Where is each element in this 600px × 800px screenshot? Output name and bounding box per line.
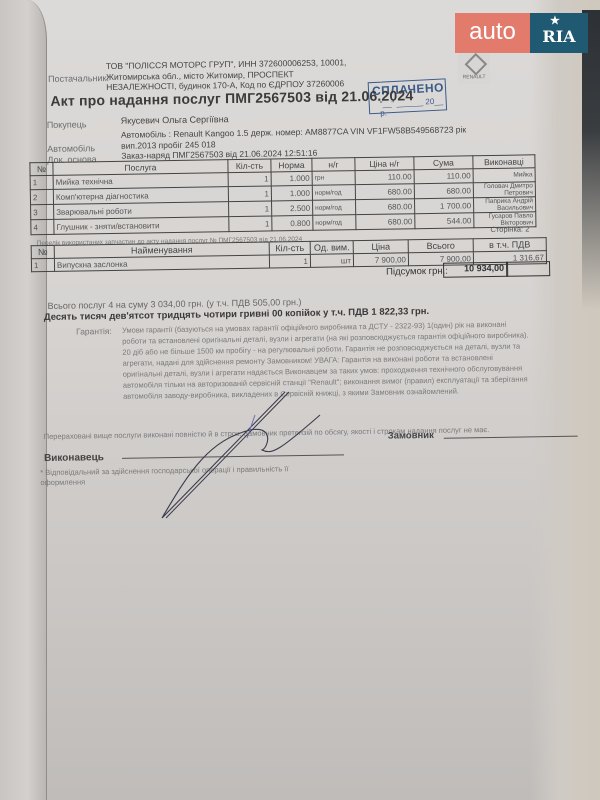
handwritten-signature (0, 0, 600, 800)
watermark-ria: ★ RIA (530, 13, 588, 53)
autoria-watermark: auto ★ RIA (455, 13, 588, 53)
star-icon: ★ (550, 15, 560, 26)
watermark-ria-text: RIA (542, 27, 575, 46)
watermark-auto: auto (455, 13, 530, 53)
